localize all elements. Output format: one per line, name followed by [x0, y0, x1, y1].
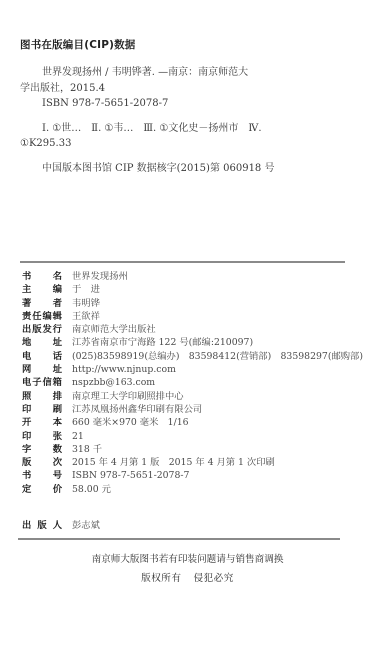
detail-row-address: 地址 江苏省南京市宁海路 122 号(邮编:210097)	[22, 336, 367, 349]
detail-value: 于 进	[72, 283, 100, 296]
detail-label: 定价	[22, 483, 62, 496]
detail-value: 318 千	[72, 443, 102, 456]
detail-value: 江苏凤凰扬州鑫华印刷有限公司	[72, 403, 202, 416]
detail-value: (025)83598919(总编办) 83598412(营销部) 8359829…	[72, 350, 363, 363]
detail-value: 2015 年 4 月第 1 版 2015 年 4 月第 1 次印刷	[72, 456, 275, 469]
publication-details: 书名 世界发现扬州 主编 于 进 著者 韦明铧 责任编辑 王欲祥 出版发行 南京…	[22, 270, 367, 496]
detail-label: 书名	[22, 270, 62, 283]
detail-label: 印张	[22, 430, 62, 443]
copyright-notice: 版权所有侵犯必究	[0, 570, 375, 584]
publisher-person-label: 出版人	[22, 519, 62, 533]
detail-row-sheets: 印张 21	[22, 430, 367, 443]
cip-line-title-author: 世界发现扬州 / 韦明铧著. —南京：南京师范大	[20, 65, 360, 81]
detail-row-edition: 版次 2015 年 4 月第 1 版 2015 年 4 月第 1 次印刷	[22, 456, 367, 469]
detail-label: 著者	[22, 297, 62, 310]
detail-label: 主编	[22, 283, 62, 296]
detail-row-chief-editor: 主编 于 进	[22, 283, 367, 296]
top-divider	[20, 261, 345, 263]
detail-label: 责任编辑	[22, 310, 62, 323]
detail-value: 江苏省南京市宁海路 122 号(邮编:210097)	[72, 336, 253, 349]
detail-label: 出版发行	[22, 323, 62, 336]
detail-label: 印刷	[22, 403, 62, 416]
detail-value: 王欲祥	[72, 310, 100, 323]
cip-isbn: ISBN 978-7-5651-2078-7	[20, 96, 360, 112]
detail-label: 书号	[22, 469, 62, 482]
detail-label: 电子信箱	[22, 376, 62, 389]
detail-row-responsible-editor: 责任编辑 王欲祥	[22, 310, 367, 323]
copyright-left: 版权所有	[141, 573, 181, 584]
detail-row-email: 电子信箱 nspzbb@163.com	[22, 376, 367, 389]
copyright-right: 侵犯必究	[194, 573, 234, 584]
bottom-divider	[18, 538, 340, 540]
detail-row-author: 著者 韦明铧	[22, 297, 367, 310]
detail-label: 照排	[22, 390, 62, 403]
detail-row-price: 定价 58.00 元	[22, 483, 367, 496]
detail-label: 开本	[22, 416, 62, 429]
detail-value: 南京理工大学印刷照排中心	[72, 390, 184, 403]
detail-label: 字数	[22, 443, 62, 456]
detail-value: 韦明铧	[72, 297, 100, 310]
detail-row-publisher: 出版发行 南京师范大学出版社	[22, 323, 367, 336]
detail-row-printer: 印刷 江苏凤凰扬州鑫华印刷有限公司	[22, 403, 367, 416]
detail-row-word-count: 字数 318 千	[22, 443, 367, 456]
cip-classification: Ⅰ. ①世… Ⅱ. ①韦… Ⅲ. ①文化史－扬州市 Ⅳ.	[20, 121, 360, 137]
cip-section: 图书在版编目(CIP)数据 世界发现扬州 / 韦明铧著. —南京：南京师范大 学…	[20, 38, 360, 176]
publisher-person-value: 彭志斌	[72, 519, 100, 533]
detail-row-format: 开本 660 毫米×970 毫米 1/16	[22, 416, 367, 429]
detail-value: ISBN 978-7-5651-2078-7	[72, 469, 189, 482]
detail-row-isbn: 书号 ISBN 978-7-5651-2078-7	[22, 469, 367, 482]
detail-label: 电话	[22, 350, 62, 363]
cip-line-publisher-date: 学出版社，2015.4	[20, 81, 360, 97]
detail-value: http://www.njnup.com	[72, 363, 176, 376]
detail-row-phone: 电话 (025)83598919(总编办) 83598412(营销部) 8359…	[22, 350, 367, 363]
detail-value: nspzbb@163.com	[72, 376, 155, 389]
publisher-person-row: 出版人 彭志斌	[22, 519, 100, 533]
detail-value: 21	[72, 430, 84, 443]
detail-label: 版次	[22, 456, 62, 469]
detail-value: 660 毫米×970 毫米 1/16	[72, 416, 189, 429]
detail-value: 南京师范大学出版社	[72, 323, 156, 336]
detail-value: 世界发现扬州	[72, 270, 128, 283]
cip-classification-code: ①K295.33	[20, 136, 360, 152]
cip-approval-number: 中国版本图书馆 CIP 数据核字(2015)第 060918 号	[20, 161, 360, 177]
detail-row-book-title: 书名 世界发现扬州	[22, 270, 367, 283]
detail-value: 58.00 元	[72, 483, 111, 496]
detail-row-typesetting: 照排 南京理工大学印刷照排中心	[22, 390, 367, 403]
print-quality-notice: 南京师大版图书若有印装问题请与销售商调换	[0, 551, 375, 565]
detail-label: 地址	[22, 336, 62, 349]
detail-label: 网址	[22, 363, 62, 376]
cip-title: 图书在版编目(CIP)数据	[20, 38, 360, 52]
detail-row-website: 网址 http://www.njnup.com	[22, 363, 367, 376]
